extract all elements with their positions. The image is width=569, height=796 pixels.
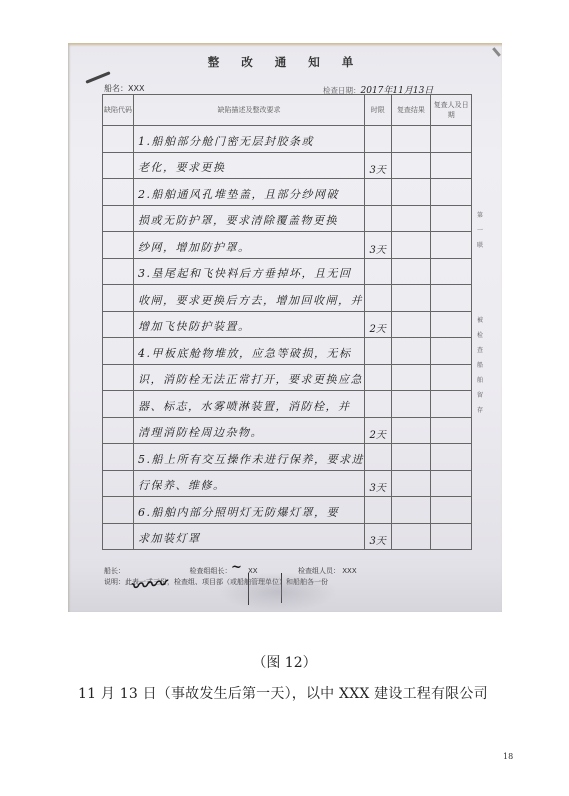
description-cell-text: 纱网，增加防护罩。	[134, 239, 364, 258]
defect-code-cell	[103, 470, 134, 497]
description-cell-text: 6.船舶内部分照明灯无防爆灯罩，要	[134, 504, 364, 523]
defect-code-cell	[103, 126, 134, 153]
time-limit-cell-text: 3天	[365, 532, 391, 549]
description-cell: 1.船舶部分舱门密无层封胶条或	[133, 126, 364, 153]
header-recheck-result: 复查结果	[391, 95, 431, 126]
pen-line	[248, 573, 249, 605]
notice-photo: 整 改 通 知 单 船名：XXX 检查日期：2017年11月13日 缺陷代码 缺…	[68, 43, 502, 612]
header-defect-code: 缺陷代码	[103, 95, 134, 126]
copy-note-char	[473, 253, 487, 313]
description-cell-text: 2.船舶通风孔堆垫盖，且部分纱网破	[134, 186, 364, 205]
time-limit-cell-text: 2天	[365, 320, 391, 337]
defect-code-cell	[103, 205, 134, 232]
copy-note-char: 一	[473, 223, 487, 238]
rechecker-cell	[431, 470, 472, 497]
table-row: 器、标志，水雾喷淋装置，消防栓，并	[103, 391, 472, 418]
time-limit-cell	[364, 364, 391, 391]
time-limit-cell: 3天	[364, 152, 391, 179]
description-cell: 器、标志，水雾喷淋装置，消防栓，并	[133, 391, 364, 418]
description-cell: 清理消防栓周边杂物。	[133, 417, 364, 444]
description-cell: 4.甲板底舱物堆放，应急等破损，无标	[133, 338, 364, 365]
table-row: 6.船舶内部分照明灯无防爆灯罩，要	[103, 497, 472, 524]
members-label: 检查组人员：	[298, 567, 340, 575]
table-row: 5.船上所有交互操作未进行保养，要求进	[103, 444, 472, 471]
rechecker-cell	[431, 523, 472, 550]
time-limit-cell: 2天	[364, 417, 391, 444]
table-row: 求加装灯罩3天	[103, 523, 472, 550]
rectification-table: 缺陷代码 缺陷描述及整改要求 时限 复查结果 复查人及日期 1.船舶部分舱门密无…	[102, 94, 472, 550]
description-cell-text: 老化，要求更换	[134, 159, 364, 178]
description-cell: 3.垦尾起和飞快料后方垂掉坏，且无回	[133, 258, 364, 285]
recheck-result-cell	[391, 523, 431, 550]
recheck-result-cell	[391, 338, 431, 365]
form-title: 整 改 通 知 单	[68, 54, 502, 70]
copy-note-char: 存	[473, 403, 487, 418]
defect-code-cell	[103, 417, 134, 444]
time-limit-cell-text: 3天	[365, 479, 391, 496]
body-paragraph: 11 月 13 日（事故发生后第一天），以中 XXX 建设工程有限公司	[78, 683, 488, 703]
rechecker-cell	[431, 126, 472, 153]
table-row: 行保养、维修。3天	[103, 470, 472, 497]
table-row: 损或无防护罩，要求清除覆盖物更换	[103, 205, 472, 232]
recheck-result-cell	[391, 311, 431, 338]
leader-signature: ~	[231, 560, 242, 575]
rechecker-cell	[431, 444, 472, 471]
copy-note-char: 留	[473, 388, 487, 403]
header-rechecker-date: 复查人及日期	[431, 95, 472, 126]
header-time-limit: 时限	[364, 95, 391, 126]
description-cell-text: 1.船舶部分舱门密无层封胶条或	[134, 133, 364, 152]
rechecker-cell	[431, 285, 472, 312]
defect-code-cell	[103, 179, 134, 206]
copy-note-char: 检	[473, 328, 487, 343]
table-row: 2.船舶通风孔堆垫盖，且部分纱网破	[103, 179, 472, 206]
rechecker-cell	[431, 179, 472, 206]
recheck-result-cell	[391, 470, 431, 497]
recheck-result-cell	[391, 444, 431, 471]
leader-value: XX	[248, 567, 258, 575]
description-cell-text: 收闸，要求更换后方去，增加回收闸，并	[134, 292, 364, 311]
copy-note: 第一联被检查船舶留存	[473, 208, 487, 418]
recheck-result-cell	[391, 126, 431, 153]
time-limit-cell	[364, 205, 391, 232]
time-limit-cell-text: 3天	[365, 161, 391, 178]
figure-caption: （图 12）	[0, 652, 569, 672]
copy-note-char: 舶	[473, 373, 487, 388]
description-cell-text: 器、标志，水雾喷淋装置，消防栓，并	[134, 398, 364, 417]
rechecker-cell	[431, 417, 472, 444]
defect-code-cell	[103, 311, 134, 338]
table-row: 收闸，要求更换后方去，增加回收闸，并	[103, 285, 472, 312]
copy-note-char: 被	[473, 313, 487, 328]
description-cell-text: 5.船上所有交互操作未进行保养，要求进	[134, 451, 364, 470]
table-header-row: 缺陷代码 缺陷描述及整改要求 时限 复查结果 复查人及日期	[103, 95, 472, 126]
description-cell-text: 清理消防栓周边杂物。	[134, 424, 364, 443]
table-row: 1.船舶部分舱门密无层封胶条或	[103, 126, 472, 153]
time-limit-cell-text: 3天	[365, 241, 391, 258]
pen-mark	[85, 71, 110, 84]
defect-code-cell	[103, 285, 134, 312]
rechecker-cell	[431, 391, 472, 418]
description-cell: 损或无防护罩，要求清除覆盖物更换	[133, 205, 364, 232]
description-cell: 增加飞快防护装置。	[133, 311, 364, 338]
description-cell-text: 4.甲板底舱物堆放，应急等破损，无标	[134, 345, 364, 364]
defect-code-cell	[103, 523, 134, 550]
description-cell: 老化，要求更换	[133, 152, 364, 179]
defect-code-cell	[103, 152, 134, 179]
recheck-result-cell	[391, 179, 431, 206]
header-description: 缺陷描述及整改要求	[133, 95, 364, 126]
recheck-result-cell	[391, 285, 431, 312]
description-cell-text: 行保养、维修。	[134, 477, 364, 496]
description-cell: 2.船舶通风孔堆垫盖，且部分纱网破	[133, 179, 364, 206]
time-limit-cell	[364, 126, 391, 153]
defect-code-cell	[103, 497, 134, 524]
leader-label: 检查组组长：	[189, 567, 231, 575]
recheck-result-cell	[391, 391, 431, 418]
table-row: 识，消防栓无法正常打开，要求更换应急	[103, 364, 472, 391]
description-cell-text: 3.垦尾起和飞快料后方垂掉坏，且无回	[134, 265, 364, 284]
defect-code-cell	[103, 391, 134, 418]
table-row: 老化，要求更换3天	[103, 152, 472, 179]
copy-note-char: 查	[473, 343, 487, 358]
recheck-result-cell	[391, 152, 431, 179]
time-limit-cell: 3天	[364, 470, 391, 497]
time-limit-cell	[364, 179, 391, 206]
time-limit-cell: 3天	[364, 232, 391, 259]
time-limit-cell	[364, 444, 391, 471]
description-cell-text: 识，消防栓无法正常打开，要求更换应急	[134, 371, 364, 390]
recheck-result-cell	[391, 205, 431, 232]
description-cell: 识，消防栓无法正常打开，要求更换应急	[133, 364, 364, 391]
time-limit-cell	[364, 391, 391, 418]
description-cell: 5.船上所有交互操作未进行保养，要求进	[133, 444, 364, 471]
recheck-result-cell	[391, 497, 431, 524]
table-row: 4.甲板底舱物堆放，应急等破损，无标	[103, 338, 472, 365]
description-cell-text: 求加装灯罩	[134, 530, 364, 549]
table-row: 3.垦尾起和飞快料后方垂掉坏，且无回	[103, 258, 472, 285]
description-cell: 求加装灯罩	[133, 523, 364, 550]
description-cell: 6.船舶内部分照明灯无防爆灯罩，要	[133, 497, 364, 524]
time-limit-cell: 3天	[364, 523, 391, 550]
page-number: 18	[503, 752, 513, 761]
table-row: 纱网，增加防护罩。3天	[103, 232, 472, 259]
time-limit-cell-text: 2天	[365, 426, 391, 443]
defect-code-cell	[103, 364, 134, 391]
rechecker-cell	[431, 152, 472, 179]
recheck-result-cell	[391, 232, 431, 259]
pen-line	[281, 573, 282, 603]
time-limit-cell	[364, 338, 391, 365]
rechecker-cell	[431, 205, 472, 232]
recheck-result-cell	[391, 417, 431, 444]
defect-code-cell	[103, 258, 134, 285]
time-limit-cell	[364, 285, 391, 312]
description-cell-text: 增加飞快防护装置。	[134, 318, 364, 337]
copy-note-char: 船	[473, 358, 487, 373]
description-cell: 收闸，要求更换后方去，增加回收闸，并	[133, 285, 364, 312]
rechecker-cell	[431, 364, 472, 391]
recheck-result-cell	[391, 364, 431, 391]
time-limit-cell	[364, 497, 391, 524]
description-cell: 纱网，增加防护罩。	[133, 232, 364, 259]
rechecker-cell	[431, 311, 472, 338]
captain-signature: 〰〰	[129, 569, 168, 599]
members-value: XXX	[342, 567, 356, 575]
table-row: 清理消防栓周边杂物。2天	[103, 417, 472, 444]
rechecker-cell	[431, 258, 472, 285]
rechecker-cell	[431, 497, 472, 524]
time-limit-cell: 2天	[364, 311, 391, 338]
table-row: 增加飞快防护装置。2天	[103, 311, 472, 338]
rechecker-cell	[431, 338, 472, 365]
time-limit-cell	[364, 258, 391, 285]
defect-code-cell	[103, 444, 134, 471]
defect-code-cell	[103, 338, 134, 365]
description-cell-text: 损或无防护罩，要求清除覆盖物更换	[134, 212, 364, 231]
ship-name: 船名：XXX	[104, 83, 144, 94]
copy-note-char: 第	[473, 208, 487, 223]
defect-code-cell	[103, 232, 134, 259]
description-cell: 行保养、维修。	[133, 470, 364, 497]
copy-note-char: 联	[473, 238, 487, 253]
recheck-result-cell	[391, 258, 431, 285]
rechecker-cell	[431, 232, 472, 259]
captain-label: 船长：	[104, 567, 125, 575]
